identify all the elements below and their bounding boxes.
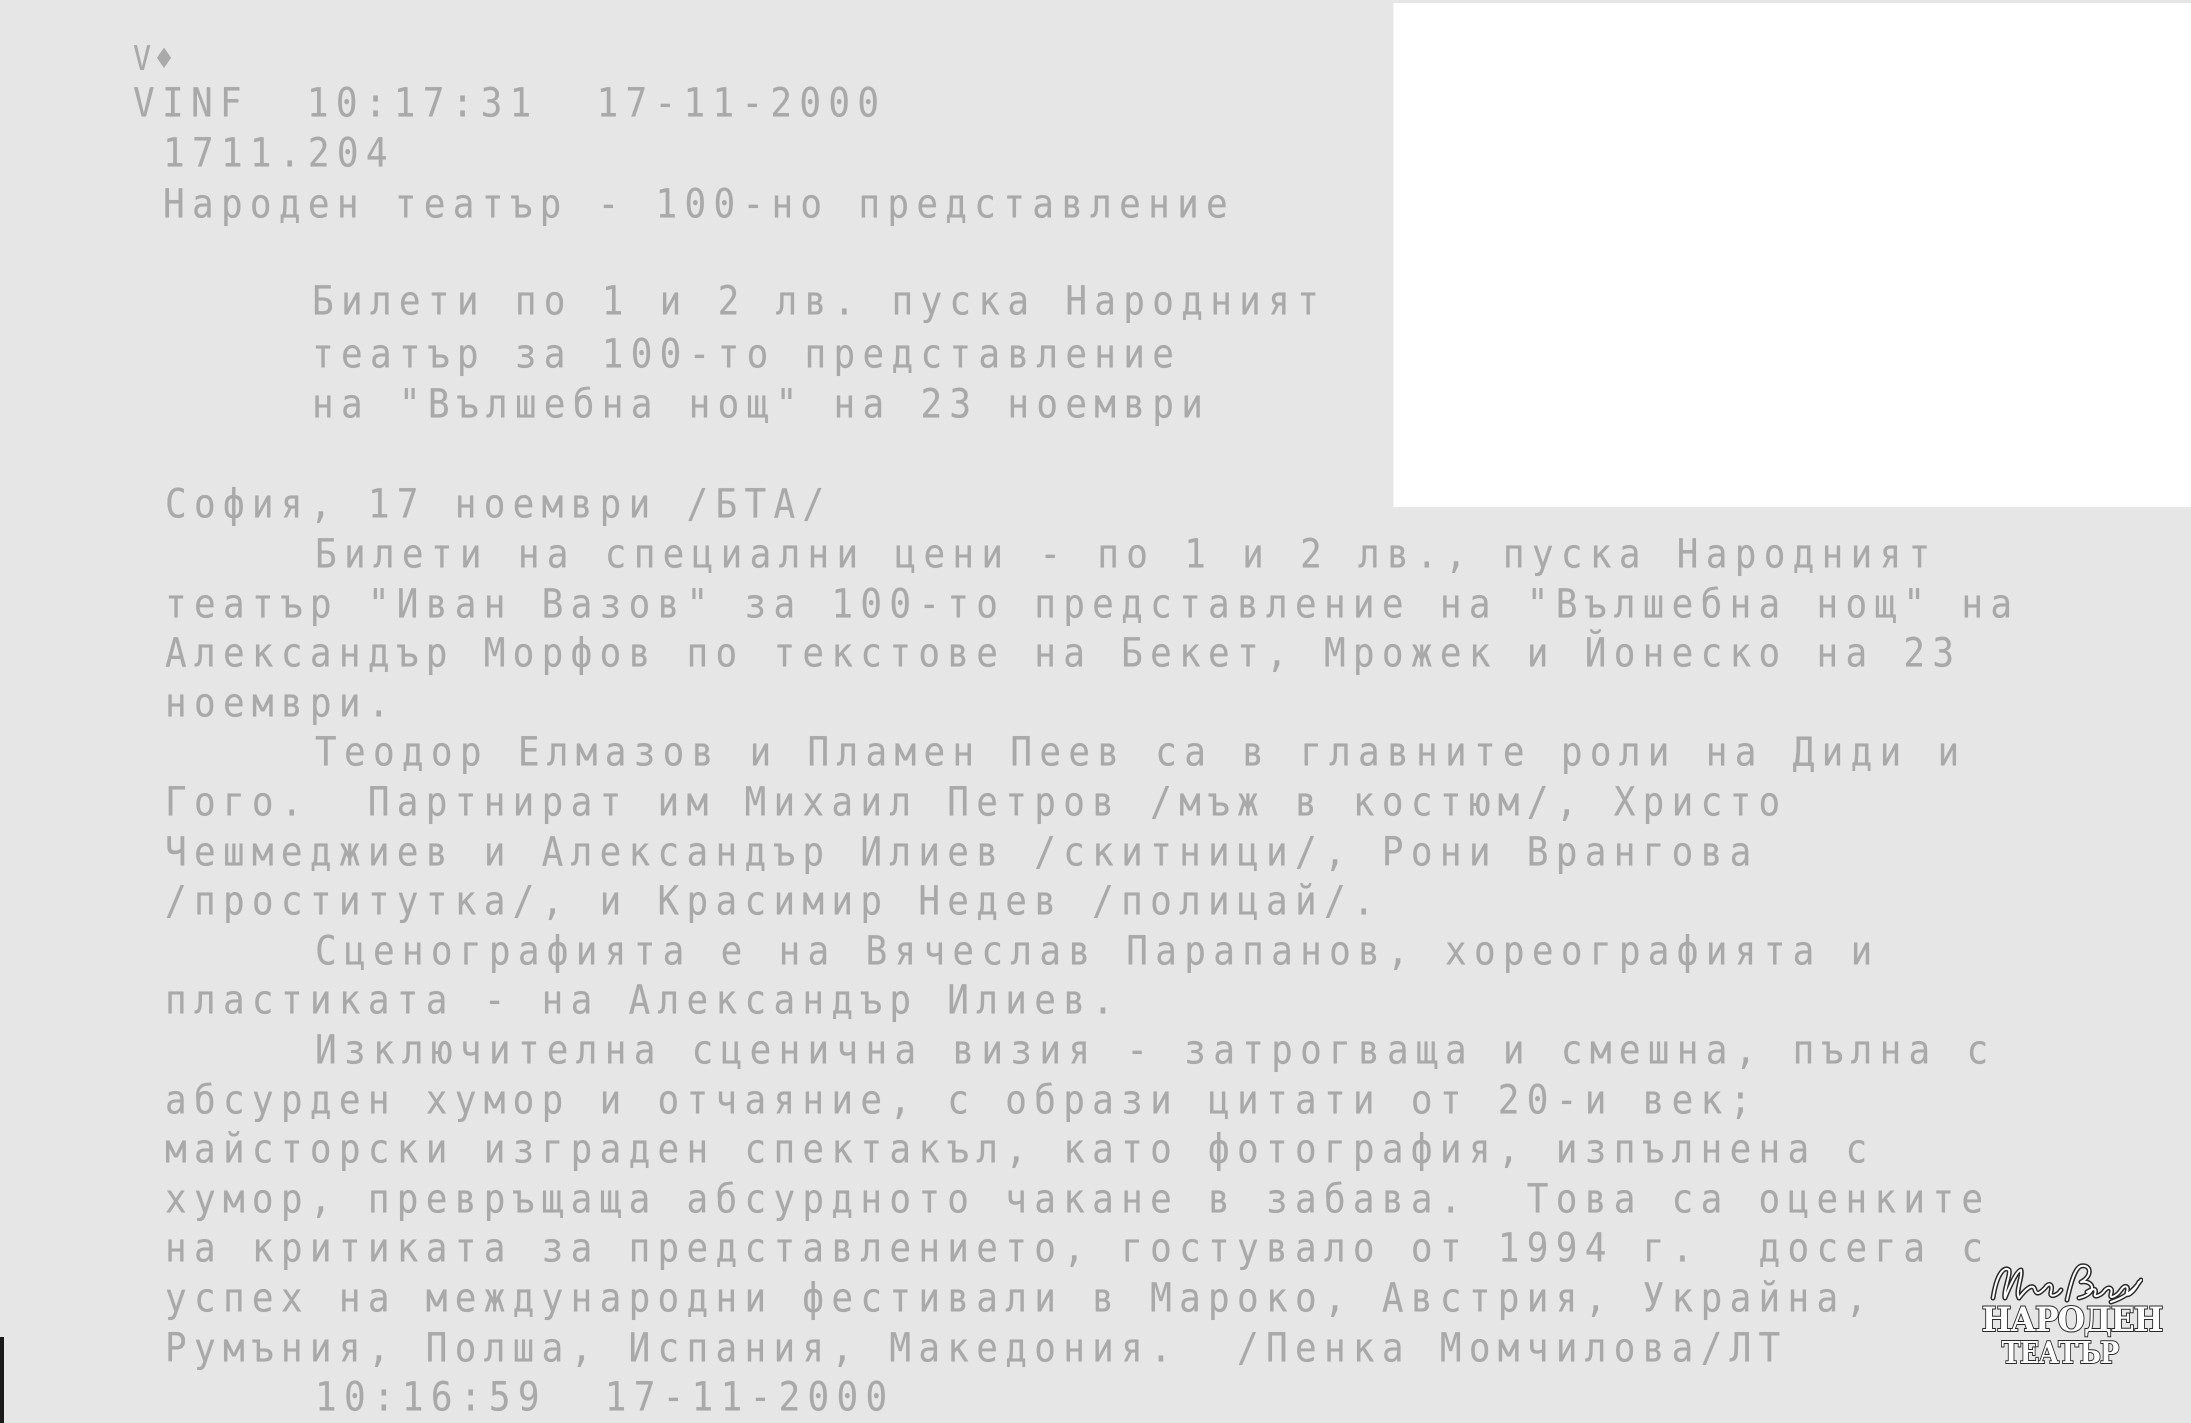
body-line: театър "Иван Вазов" за 100-то представле… xyxy=(165,582,2019,627)
logo-word-teatar: ТЕАТЪР xyxy=(1988,1338,2133,1370)
body-line: /проститутка/, и Красимир Недев /полицай… xyxy=(165,880,1382,925)
body-line: хумор, превръщаща абсурдното чакане в за… xyxy=(165,1177,1990,1222)
header-title: Народен театър - 100-но представление xyxy=(163,183,1235,228)
scan-edge-bar xyxy=(0,1337,4,1423)
body-line: абсурден хумор и отчаяние, с образи цита… xyxy=(165,1078,1759,1123)
body-line: Гого. Партнират им Михаил Петров /мъж в … xyxy=(165,781,1788,826)
body-line: пластиката - на Александър Илиев. xyxy=(165,979,1121,1024)
body-line: Сценографията е на Вячеслав Парапанов, х… xyxy=(315,929,1880,974)
subheadline-line: театър за 100-то представление xyxy=(312,333,1181,378)
dateline: София, 17 ноември /БТА/ xyxy=(165,483,831,528)
body-line: Теодор Елмазов и Пламен Пеев са в главни… xyxy=(315,731,1967,776)
body-line: Румъния, Полша, Испания, Македония. /Пен… xyxy=(165,1326,1788,1371)
logo-word-naroden: НАРОДЕН xyxy=(1982,1302,2138,1338)
body-line: успех на международни фестивали в Мароко… xyxy=(165,1277,1874,1322)
body-line: майсторски изграден спектакъл, като фото… xyxy=(165,1128,1874,1173)
header-glyph: V♦ xyxy=(133,38,177,83)
header-story-id: 1711.204 xyxy=(163,132,395,177)
white-redaction-box xyxy=(1393,3,2191,507)
subheadline-line: Билети по 1 и 2 лв. пуска Народният xyxy=(312,280,1326,325)
national-theatre-logo: НАРОДЕН ТЕАТЪР xyxy=(1975,1262,2145,1374)
body-line: Изключителна сценична визия - затрогваща… xyxy=(315,1029,1995,1074)
body-line: Александър Морфов по текстове на Бекет, … xyxy=(165,632,1961,677)
body-line: на критиката за представлението, гостува… xyxy=(165,1227,1990,1272)
footer-timestamp: 10:16:59 17-11-2000 xyxy=(315,1376,894,1421)
body-line: Чешмеджиев и Александър Илиев /скитници/… xyxy=(165,830,1759,875)
body-line: Билети на специални цени - по 1 и 2 лв.,… xyxy=(315,533,1938,578)
body-line: ноември. xyxy=(165,681,397,726)
header-slug: VINF 10:17:31 17-11-2000 xyxy=(133,82,886,127)
teletype-page: V♦ VINF 10:17:31 17-11-2000 1711.204 Нар… xyxy=(0,0,2191,1423)
subheadline-line: на "Вълшебна нощ" на 23 ноември xyxy=(312,383,1210,428)
